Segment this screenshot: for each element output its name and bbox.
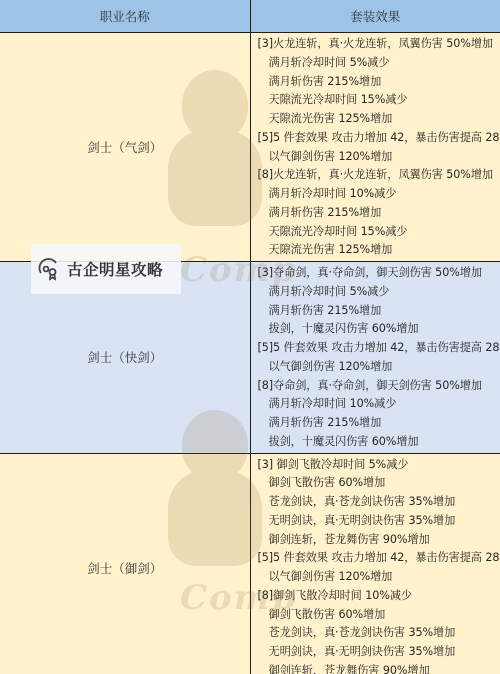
effect-line: [5]5 件套效果 攻击力增加 42，暴击伤害提高 28% <box>258 339 500 358</box>
effect-line: [5]5 件套效果 攻击力增加 42，暴击伤害提高 28% <box>258 129 500 148</box>
effect-line: 苍龙剑诀，真·苍龙剑诀伤害 35%增加 <box>258 493 500 512</box>
effect-line: 天隙流光伤害 125%增加 <box>258 241 500 260</box>
equipment-set-table: 职业名称 套装效果 剑士（气剑）[3]火龙连斩，真·火龙连斩，凤翼伤害 50%增… <box>0 0 500 674</box>
effect-line: 苍龙剑诀，真·苍龙剑诀伤害 35%增加 <box>258 624 500 643</box>
effect-line: 以气御剑伤害 120%增加 <box>258 568 500 587</box>
star-badge-icon <box>37 257 61 281</box>
table-row: 剑士（气剑）[3]火龙连斩，真·火龙连斩，凤翼伤害 50%增加满月斩冷却时间 5… <box>0 33 500 262</box>
effect-line: 拔剑，十魔灵闪伤害 60%增加 <box>258 433 500 452</box>
table-header-row: 职业名称 套装效果 <box>0 0 500 33</box>
effect-line: 满月斩伤害 215%增加 <box>258 414 500 433</box>
effect-line: [8]火龙连斩，真·火龙连斩，凤翼伤害 50%增加 <box>258 166 500 185</box>
table-row: 剑士（御剑）[3] 御剑飞散冷却时间 5%减少御剑飞散伤害 60%增加苍龙剑诀，… <box>0 453 500 674</box>
effect-line: 无明剑诀，真·无明剑诀伤害 35%增加 <box>258 512 500 531</box>
effect-line: 满月斩伤害 215%增加 <box>258 204 500 223</box>
brand-badge: 古企明星攻略 <box>31 244 181 294</box>
effect-line: 满月斩冷却时间 5%减少 <box>258 54 500 73</box>
effect-line: 满月斩冷却时间 10%减少 <box>258 185 500 204</box>
effect-line: 满月斩伤害 215%增加 <box>258 73 500 92</box>
set-effect-cell: [3] 御剑飞散冷却时间 5%减少御剑飞散伤害 60%增加苍龙剑诀，真·苍龙剑诀… <box>250 453 500 674</box>
class-name-cell: 剑士（御剑） <box>0 453 250 674</box>
effect-line: 以气御剑伤害 120%增加 <box>258 358 500 377</box>
effect-line: [3]夺命剑，真·夺命剑，御天剑伤害 50%增加 <box>258 264 500 283</box>
effect-line: 天隙流光伤害 125%增加 <box>258 110 500 129</box>
effect-line: [3] 御剑飞散冷却时间 5%减少 <box>258 456 500 475</box>
effect-line: 满月斩冷却时间 5%减少 <box>258 283 500 302</box>
class-name-cell: 剑士（气剑） <box>0 33 250 262</box>
effect-line: 御剑连斩，苍龙舞伤害 90%增加 <box>258 531 500 550</box>
effect-line: 以气御剑伤害 120%增加 <box>258 148 500 167</box>
effect-line: 满月斩伤害 215%增加 <box>258 302 500 321</box>
header-class-name: 职业名称 <box>0 0 250 33</box>
effect-line: 拔剑，十魔灵闪伤害 60%增加 <box>258 320 500 339</box>
header-set-effect: 套装效果 <box>250 0 500 33</box>
effect-line: 天隙流光冷却时间 15%减少 <box>258 223 500 242</box>
effect-line: [8]夺命剑，真·夺命剑，御天剑伤害 50%增加 <box>258 377 500 396</box>
set-effect-cell: [3]夺命剑，真·夺命剑，御天剑伤害 50%增加满月斩冷却时间 5%减少满月斩伤… <box>250 262 500 454</box>
effect-line: [5]5 件套效果 攻击力增加 42，暴击伤害提高 28% <box>258 549 500 568</box>
brand-badge-text: 古企明星攻略 <box>67 258 163 280</box>
effect-line: 无明剑诀，真·无明剑诀伤害 35%增加 <box>258 643 500 662</box>
effect-line: 天隙流光冷却时间 15%减少 <box>258 91 500 110</box>
effect-line: [8]御剑飞散冷却时间 10%减少 <box>258 587 500 606</box>
effect-line: 御剑飞散伤害 60%增加 <box>258 474 500 493</box>
effect-line: [3]火龙连斩，真·火龙连斩，凤翼伤害 50%增加 <box>258 35 500 54</box>
effect-line: 御剑连斩，苍龙舞伤害 90%增加 <box>258 662 500 674</box>
set-effect-cell: [3]火龙连斩，真·火龙连斩，凤翼伤害 50%增加满月斩冷却时间 5%减少满月斩… <box>250 33 500 262</box>
effect-line: 满月斩冷却时间 10%减少 <box>258 395 500 414</box>
effect-line: 御剑飞散伤害 60%增加 <box>258 606 500 625</box>
